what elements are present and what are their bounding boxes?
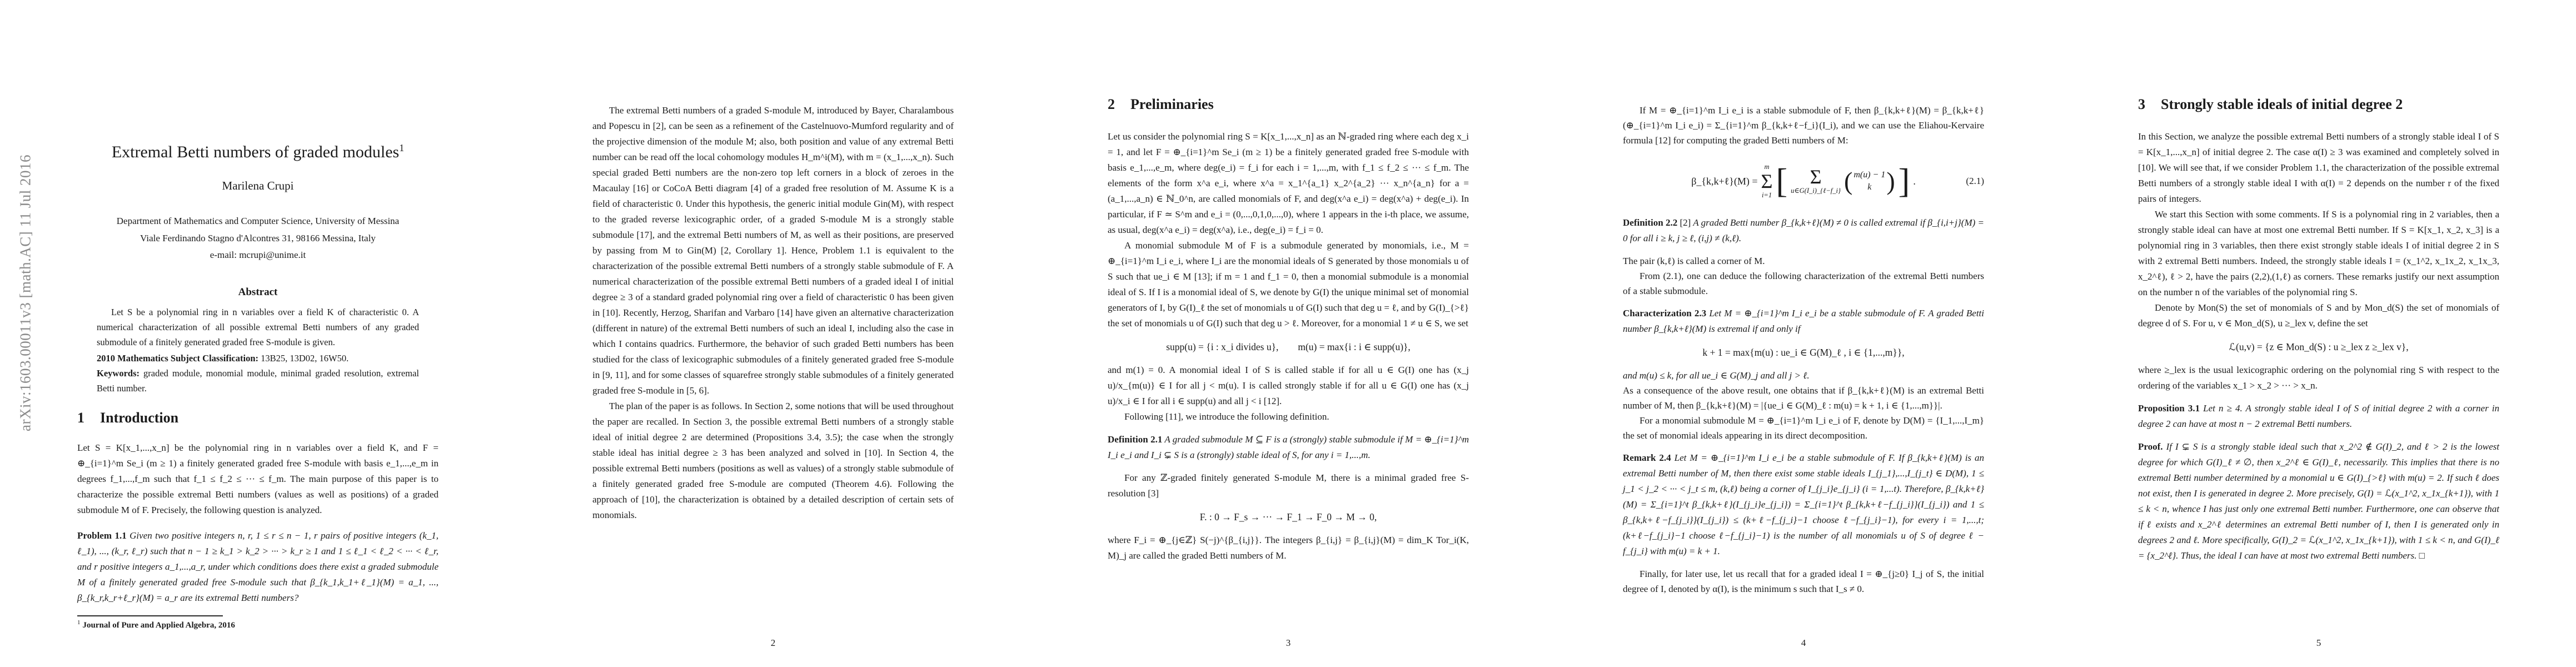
binomial-coefficient: ( m(u) − 1 k ) (1844, 169, 1895, 193)
sum-lower-limit: u∈G(I_i)_{ℓ−f_i} (1791, 186, 1841, 196)
page-5: 3 Strongly stable ideals of initial degr… (2138, 0, 2499, 667)
paragraph: where F_i = ⊕_{j∈ℤ} S(−j)^{β_{i,j}}. The… (1108, 532, 1469, 564)
msc-label: 2010 Mathematics Subject Classification: (97, 353, 258, 364)
problem-1-1: Problem 1.1 Given two positive integers … (77, 528, 439, 606)
characterization-2-3: Characterization 2.3 Let M = ⊕_{i=1}^m I… (1623, 306, 1984, 337)
section-number: 1 (77, 409, 84, 427)
definition-body: A graded submodule M ⊆ F is a (strongly)… (1108, 434, 1469, 460)
right-paren: ) (1886, 170, 1895, 192)
definition-2-1: Definition 2.1 A graded submodule M ⊆ F … (1108, 432, 1469, 463)
display-equation-resolution: F. : 0 → F_s → ··· → F_1 → F_0 → M → 0, (1108, 510, 1469, 524)
characterization-tail: and m(u) ≤ k, for all ue_i ∈ G(M)_j and … (1623, 368, 1984, 383)
problem-label: Problem 1.1 (77, 530, 127, 541)
paragraph: For any ℤ-graded finitely generated S-mo… (1108, 470, 1469, 501)
arxiv-watermark: arXiv:1603.00011v3 [math.AC] 11 Jul 2016 (17, 155, 34, 431)
page-5-text: 3 Strongly stable ideals of initial degr… (2138, 0, 2499, 564)
characterization-label: Characterization 2.3 (1623, 308, 1706, 318)
proof-body: If I ⊊ S is a strongly stable ideal such… (2138, 441, 2499, 561)
paragraph: The plan of the paper is as follows. In … (592, 399, 954, 523)
display-equation-lex: ℒ(u,v) = {z ∈ Mon_d(S) : u ≥_lex z ≥_lex… (2138, 340, 2499, 354)
display-equation-supp: supp(u) = {i : x_i divides u}, m(u) = ma… (1108, 340, 1469, 354)
definition-label: Definition 2.1 (1108, 434, 1162, 445)
eq21-lhs: β_{k,k+ℓ}(M) = (1691, 176, 1757, 187)
paragraph: where ≥_lex is the usual lexicographic o… (2138, 362, 2499, 394)
msc-values: 13B25, 13D02, 16W50. (258, 353, 348, 364)
binomial-bottom: k (1867, 181, 1871, 193)
binomial-top: m(u) − 1 (1853, 169, 1885, 181)
paragraph: Following [11], we introduce the followi… (1108, 409, 1469, 425)
left-paren: ( (1844, 170, 1852, 192)
page-2-text: The extremal Betti numbers of a graded S… (592, 0, 954, 523)
right-bracket: ] (1899, 167, 1910, 196)
affiliation-line-1: Department of Mathematics and Computer S… (77, 216, 439, 227)
binomial-stack: m(u) − 1 k (1853, 169, 1885, 193)
footnote-mark: 1 (77, 619, 81, 626)
abstract-text: Let S be a polynomial ring in n variable… (97, 305, 419, 350)
equation-2-1-body: β_{k,k+ℓ}(M) = m Σ i=1 [ Σ u∈G(I_i)_{ℓ−f… (1691, 162, 1916, 200)
abstract-heading: Abstract (77, 286, 439, 298)
proposition-3-1: Proposition 3.1 Let n ≥ 4. A strongly st… (2138, 401, 2499, 432)
left-bracket: [ (1776, 167, 1788, 196)
sum-operator-outer: m Σ i=1 (1761, 162, 1773, 200)
paragraph: and m(1) = 0. A monomial ideal I of S is… (1108, 362, 1469, 409)
section-title: Strongly stable ideals of initial degree… (2161, 95, 2403, 114)
remark-label: Remark 2.4 (1623, 452, 1671, 463)
equation-period: . (1913, 176, 1916, 187)
page-2: The extremal Betti numbers of a graded S… (592, 0, 954, 667)
page-number: 5 (2138, 638, 2499, 649)
page-number: 4 (1623, 638, 1984, 649)
paragraph: As a consequence of the above result, on… (1623, 383, 1984, 413)
paper-screenshot: { "arxiv_label": "arXiv:1603.00011v3 [ma… (0, 0, 2576, 667)
footnote-text: Journal of Pure and Applied Algebra, 201… (83, 621, 235, 630)
title-footnote-mark: 1 (399, 142, 404, 153)
author: Marilena Crupi (77, 179, 439, 193)
classification-keywords-block: 2010 Mathematics Subject Classification:… (97, 351, 419, 396)
page-4: If M = ⊕_{i=1}^m I_i e_i is a stable sub… (1623, 0, 1984, 667)
section-title: Preliminaries (1130, 95, 1214, 114)
keywords-label: Keywords: (97, 368, 139, 379)
paragraph: For a monomial submodule M = ⊕_{i=1}^m I… (1623, 413, 1984, 443)
proof-block: Proof. If I ⊊ S is a strongly stable ide… (2138, 439, 2499, 564)
footnote-rule (77, 615, 223, 616)
proof-label: Proof. (2138, 441, 2163, 452)
sigma-symbol: Σ (1761, 172, 1773, 191)
paragraph: The pair (k,ℓ) is called a corner of M. (1623, 253, 1984, 268)
definition-2-2: Definition 2.2 [2] A graded Betti number… (1623, 215, 1984, 246)
section-number: 2 (1108, 95, 1115, 114)
section-heading-introduction: 1 Introduction (77, 409, 439, 427)
paragraph: Let us consider the polynomial ring S = … (1108, 129, 1469, 238)
paragraph: In this Section, we analyze the possible… (2138, 129, 2499, 207)
intro-paragraph: Let S = K[x_1,...,x_n] be the polynomial… (77, 440, 439, 518)
affiliation-line-2: Viale Ferdinando Stagno d'Alcontres 31, … (77, 233, 439, 244)
email-line: e-mail: mcrupi@unime.it (77, 250, 439, 261)
page-number: 3 (1108, 638, 1469, 649)
footnote: 1Journal of Pure and Applied Algebra, 20… (77, 619, 439, 630)
paragraph: The extremal Betti numbers of a graded S… (592, 103, 954, 399)
paragraph: If M = ⊕_{i=1}^m I_i e_i is a stable sub… (1623, 103, 1984, 148)
sigma-symbol: Σ (1810, 167, 1822, 186)
section-number: 3 (2138, 95, 2145, 114)
page-3: 2 Preliminaries Let us consider the poly… (1108, 0, 1469, 667)
paragraph: Finally, for later use, let us recall th… (1623, 566, 1984, 596)
section-heading-strongly-stable-ideals: 3 Strongly stable ideals of initial degr… (2138, 95, 2499, 114)
remark-body: Let M = ⊕_{i=1}^m I_i e_i be a stable su… (1623, 452, 1984, 556)
display-equation-corner: k + 1 = max{m(u) : ue_i ∈ G(M)_ℓ , i ∈ {… (1623, 345, 1984, 360)
paragraph: A monomial submodule M of F is a submodu… (1108, 238, 1469, 331)
page-3-text: 2 Preliminaries Let us consider the poly… (1108, 0, 1469, 564)
proposition-label: Proposition 3.1 (2138, 403, 2200, 414)
paragraph: From (2.1), one can deduce the following… (1623, 268, 1984, 298)
page-1: Extremal Betti numbers of graded modules… (77, 0, 439, 667)
equation-tag: (2.1) (1966, 176, 1984, 187)
problem-body: Given two positive integers n, r, 1 ≤ r … (77, 530, 439, 603)
page-number: 2 (592, 638, 954, 649)
definition-reference: [2] (1677, 217, 1691, 228)
definition-label: Definition 2.2 (1623, 217, 1677, 228)
keywords-values: graded module, monomial module, minimal … (97, 368, 419, 394)
section-heading-preliminaries: 2 Preliminaries (1108, 95, 1469, 114)
msc-line: 2010 Mathematics Subject Classification:… (97, 351, 419, 366)
paper-title-text: Extremal Betti numbers of graded modules (112, 143, 399, 161)
section-title: Introduction (100, 409, 178, 427)
sum-operator-inner: Σ u∈G(I_i)_{ℓ−f_i} (1791, 167, 1841, 196)
equation-2-1: β_{k,k+ℓ}(M) = m Σ i=1 [ Σ u∈G(I_i)_{ℓ−f… (1623, 155, 1984, 208)
remark-2-4: Remark 2.4 Let M = ⊕_{i=1}^m I_i e_i be … (1623, 450, 1984, 559)
page-4-text: If M = ⊕_{i=1}^m I_i e_i is a stable sub… (1623, 0, 1984, 596)
sum-lower-limit: i=1 (1762, 191, 1772, 200)
paragraph: Denote by Mon(S) the set of monomials of… (2138, 300, 2499, 331)
keywords-line: Keywords: graded module, monomial module… (97, 366, 419, 396)
paper-title: Extremal Betti numbers of graded modules… (77, 142, 439, 162)
paragraph: We start this Section with some comments… (2138, 207, 2499, 300)
